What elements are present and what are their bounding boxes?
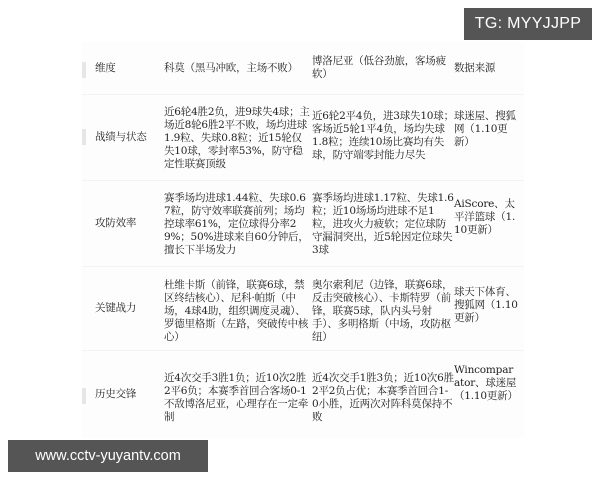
- table-row: 战绩与状态 近6轮4胜2负，进9球失4球；主场近8轮6胜2平不败，场均进球1.9…: [82, 94, 524, 181]
- como-cell: 近4次交手3胜1负；近10次2胜2平6负；本赛季首回合客场0-1不敌博洛尼亚，心…: [164, 372, 310, 424]
- header-source: 数据来源: [454, 42, 518, 94]
- dimension-cell: 攻防效率: [95, 180, 159, 266]
- watermark-tg: TG: MYYJJPP: [464, 8, 592, 40]
- bologna-cell: 近4次交手1胜3负；近10次6胜2平2负占优；本赛季首回合1-0小胜，近两次对阵…: [312, 372, 454, 424]
- header-bologna: 博洛尼亚（低谷劲旅，客场疲软）: [312, 42, 454, 94]
- dimension-cell: 战绩与状态: [95, 94, 159, 180]
- bologna-cell: 赛季场均进球1.17粒、失球1.6粒；近10场场均进球不足1粒，进攻火力疲软；定…: [312, 192, 454, 257]
- header-como: 科莫（黑马冲欧，主场不败）: [164, 42, 310, 94]
- table-header-row: 维度 科莫（黑马冲欧，主场不败） 博洛尼亚（低谷劲旅，客场疲软） 数据来源: [82, 42, 524, 95]
- como-cell: 近6轮4胜2负，进9球失4球；主场近8轮6胜2平不败，场均进球1.9粒、失球0.…: [164, 106, 310, 171]
- bologna-cell: 奥尔索利尼（边锋，联赛6球，反击突破核心）、卡斯特罗（前锋，联赛5球，队内头号射…: [312, 279, 454, 344]
- dimension-cell: 关键战力: [95, 266, 159, 350]
- como-cell: 赛季场均进球1.44粒、失球0.67粒，防守效率联赛前列；场均控球率61%，定位…: [164, 192, 310, 257]
- source-cell: 球天下体育、搜狐网（1.10更新）: [454, 286, 518, 325]
- watermark-url: www.cctv-yuyantv.com: [8, 440, 208, 472]
- table-row: 关键战力 杜维卡斯（前锋，联赛6球，禁区终结核心）、尼科·帕斯（中场，4球4助，…: [82, 266, 524, 351]
- table-row: 历史交锋 近4次交手3胜1负；近10次2胜2平6负；本赛季首回合客场0-1不敌博…: [82, 350, 524, 438]
- source-cell: AiScore、太平洋篮球（1.10更新）: [454, 198, 518, 237]
- row-marker: [82, 129, 86, 145]
- header-dimension: 维度: [95, 42, 159, 94]
- table-row: 攻防效率 赛季场均进球1.44粒、失球0.67粒，防守效率联赛前列；场均控球率6…: [82, 180, 524, 267]
- source-cell: Wincomparator、球迷屋（1.10更新）: [454, 364, 518, 403]
- dimension-cell: 历史交锋: [95, 350, 159, 438]
- como-cell: 杜维卡斯（前锋，联赛6球，禁区终结核心）、尼科·帕斯（中场，4球4助，组织调度灵…: [164, 279, 310, 344]
- row-marker: [82, 62, 86, 78]
- comparison-table: 维度 科莫（黑马冲欧，主场不败） 博洛尼亚（低谷劲旅，客场疲软） 数据来源 战绩…: [82, 42, 524, 438]
- bologna-cell: 近6轮2平4负，进3球失10球；客场近5轮1平4负，场均失球1.8粒；连续10场…: [312, 110, 454, 162]
- row-marker: [82, 388, 86, 404]
- source-cell: 球迷屋、搜狐网（1.10更新）: [454, 110, 518, 149]
